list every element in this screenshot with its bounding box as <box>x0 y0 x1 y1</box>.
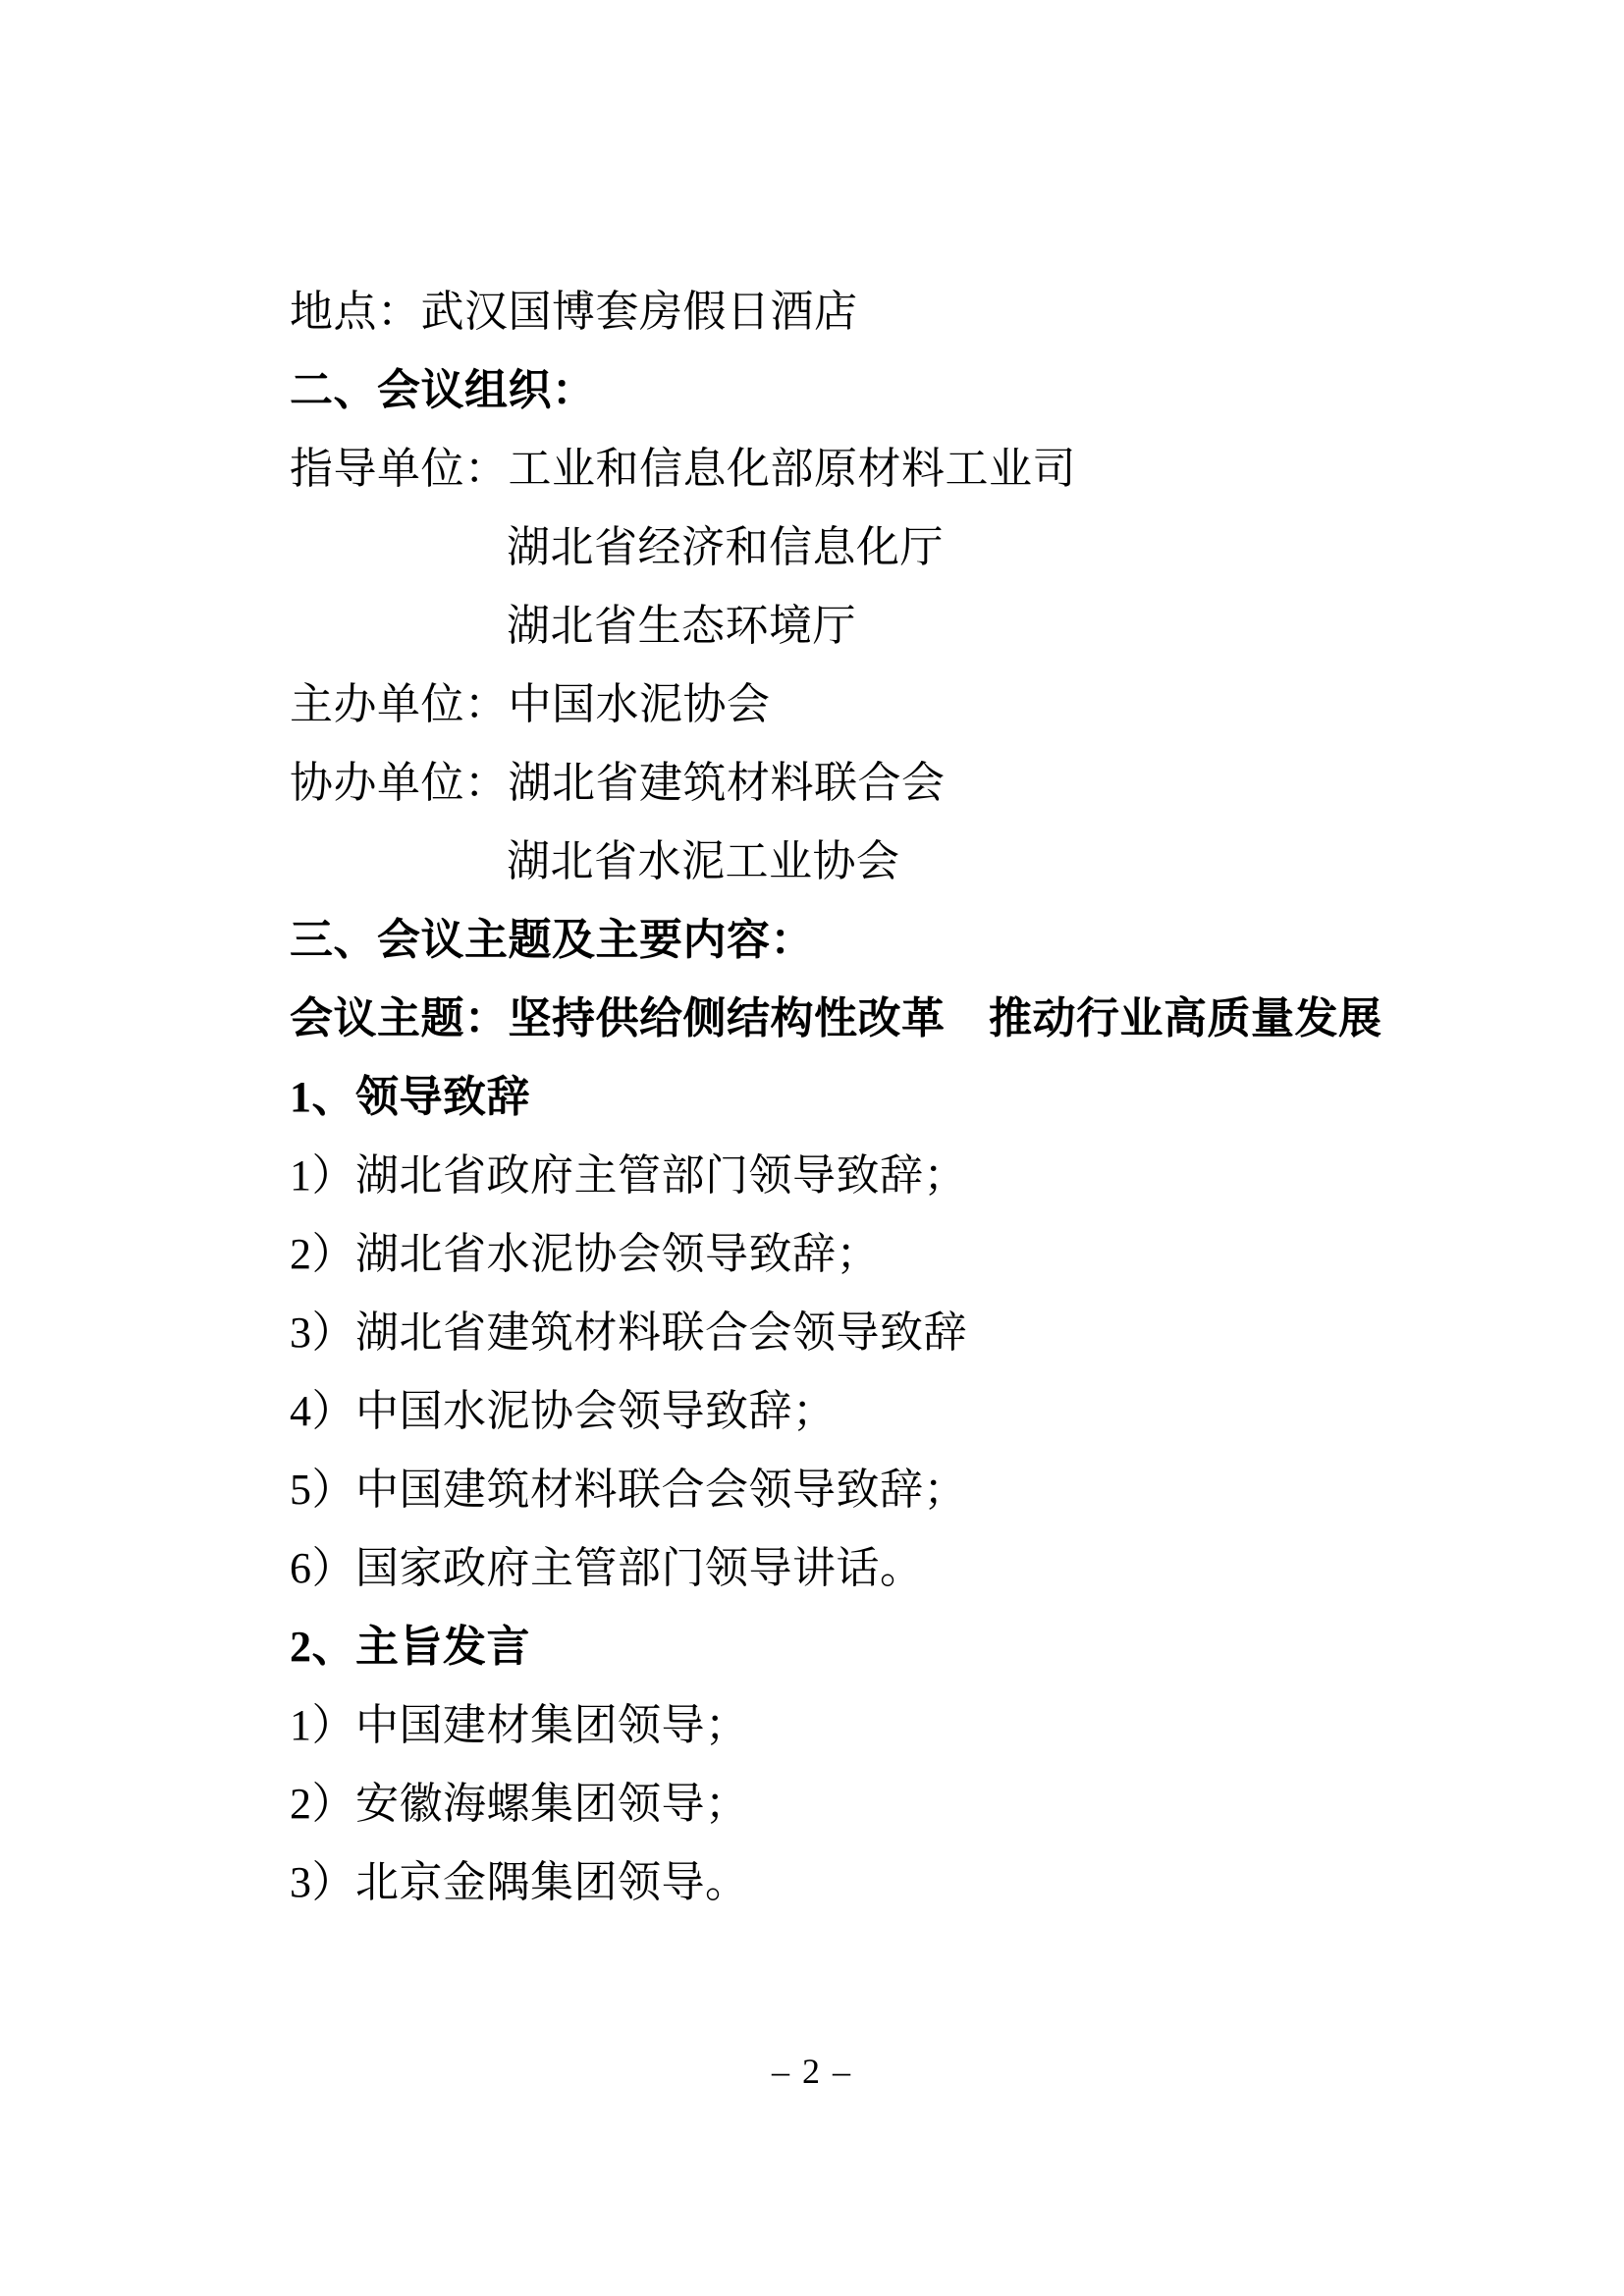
list-item-keynote-3: 3）北京金隅集团领导。 <box>290 1843 1468 1922</box>
list-item-keynote-1: 1）中国建材集团领导； <box>290 1686 1468 1765</box>
list-item-speech-1: 1）湖北省政府主管部门领导致辞； <box>290 1137 1468 1215</box>
list-item-speech-5: 5）中国建筑材料联合会领导致辞； <box>290 1451 1468 1529</box>
page-number: – 2 – <box>0 2050 1624 2093</box>
section-heading-topic: 三、会议主题及主要内容： <box>290 901 1468 980</box>
subsection-heading-keynote: 2、主旨发言 <box>290 1608 1468 1686</box>
document-body: 地点：武汉国博套房假日酒店 二、会议组织： 指导单位：工业和信息化部原材料工业司… <box>290 273 1468 1922</box>
text-line-guidance-unit-2: 湖北省经济和信息化厅 <box>290 508 1468 587</box>
document-page: 地点：武汉国博套房假日酒店 二、会议组织： 指导单位：工业和信息化部原材料工业司… <box>0 0 1624 2296</box>
list-item-speech-4: 4）中国水泥协会领导致辞； <box>290 1372 1468 1451</box>
text-line-cohost-unit-2: 湖北省水泥工业协会 <box>290 823 1468 901</box>
text-line-host-unit: 主办单位：中国水泥协会 <box>290 666 1468 744</box>
text-line-conference-theme: 会议主题：坚持供给侧结构性改革 推动行业高质量发展 <box>290 980 1468 1058</box>
text-line-location: 地点：武汉国博套房假日酒店 <box>290 273 1468 351</box>
text-line-guidance-unit: 指导单位：工业和信息化部原材料工业司 <box>290 430 1468 508</box>
list-item-keynote-2: 2）安徽海螺集团领导； <box>290 1765 1468 1843</box>
text-line-guidance-unit-3: 湖北省生态环境厅 <box>290 587 1468 666</box>
list-item-speech-6: 6）国家政府主管部门领导讲话。 <box>290 1529 1468 1608</box>
subsection-heading-speeches: 1、领导致辞 <box>290 1058 1468 1137</box>
text-line-cohost-unit: 协办单位：湖北省建筑材料联合会 <box>290 744 1468 823</box>
list-item-speech-3: 3）湖北省建筑材料联合会领导致辞 <box>290 1294 1468 1372</box>
section-heading-organization: 二、会议组织： <box>290 351 1468 430</box>
list-item-speech-2: 2）湖北省水泥协会领导致辞； <box>290 1215 1468 1294</box>
